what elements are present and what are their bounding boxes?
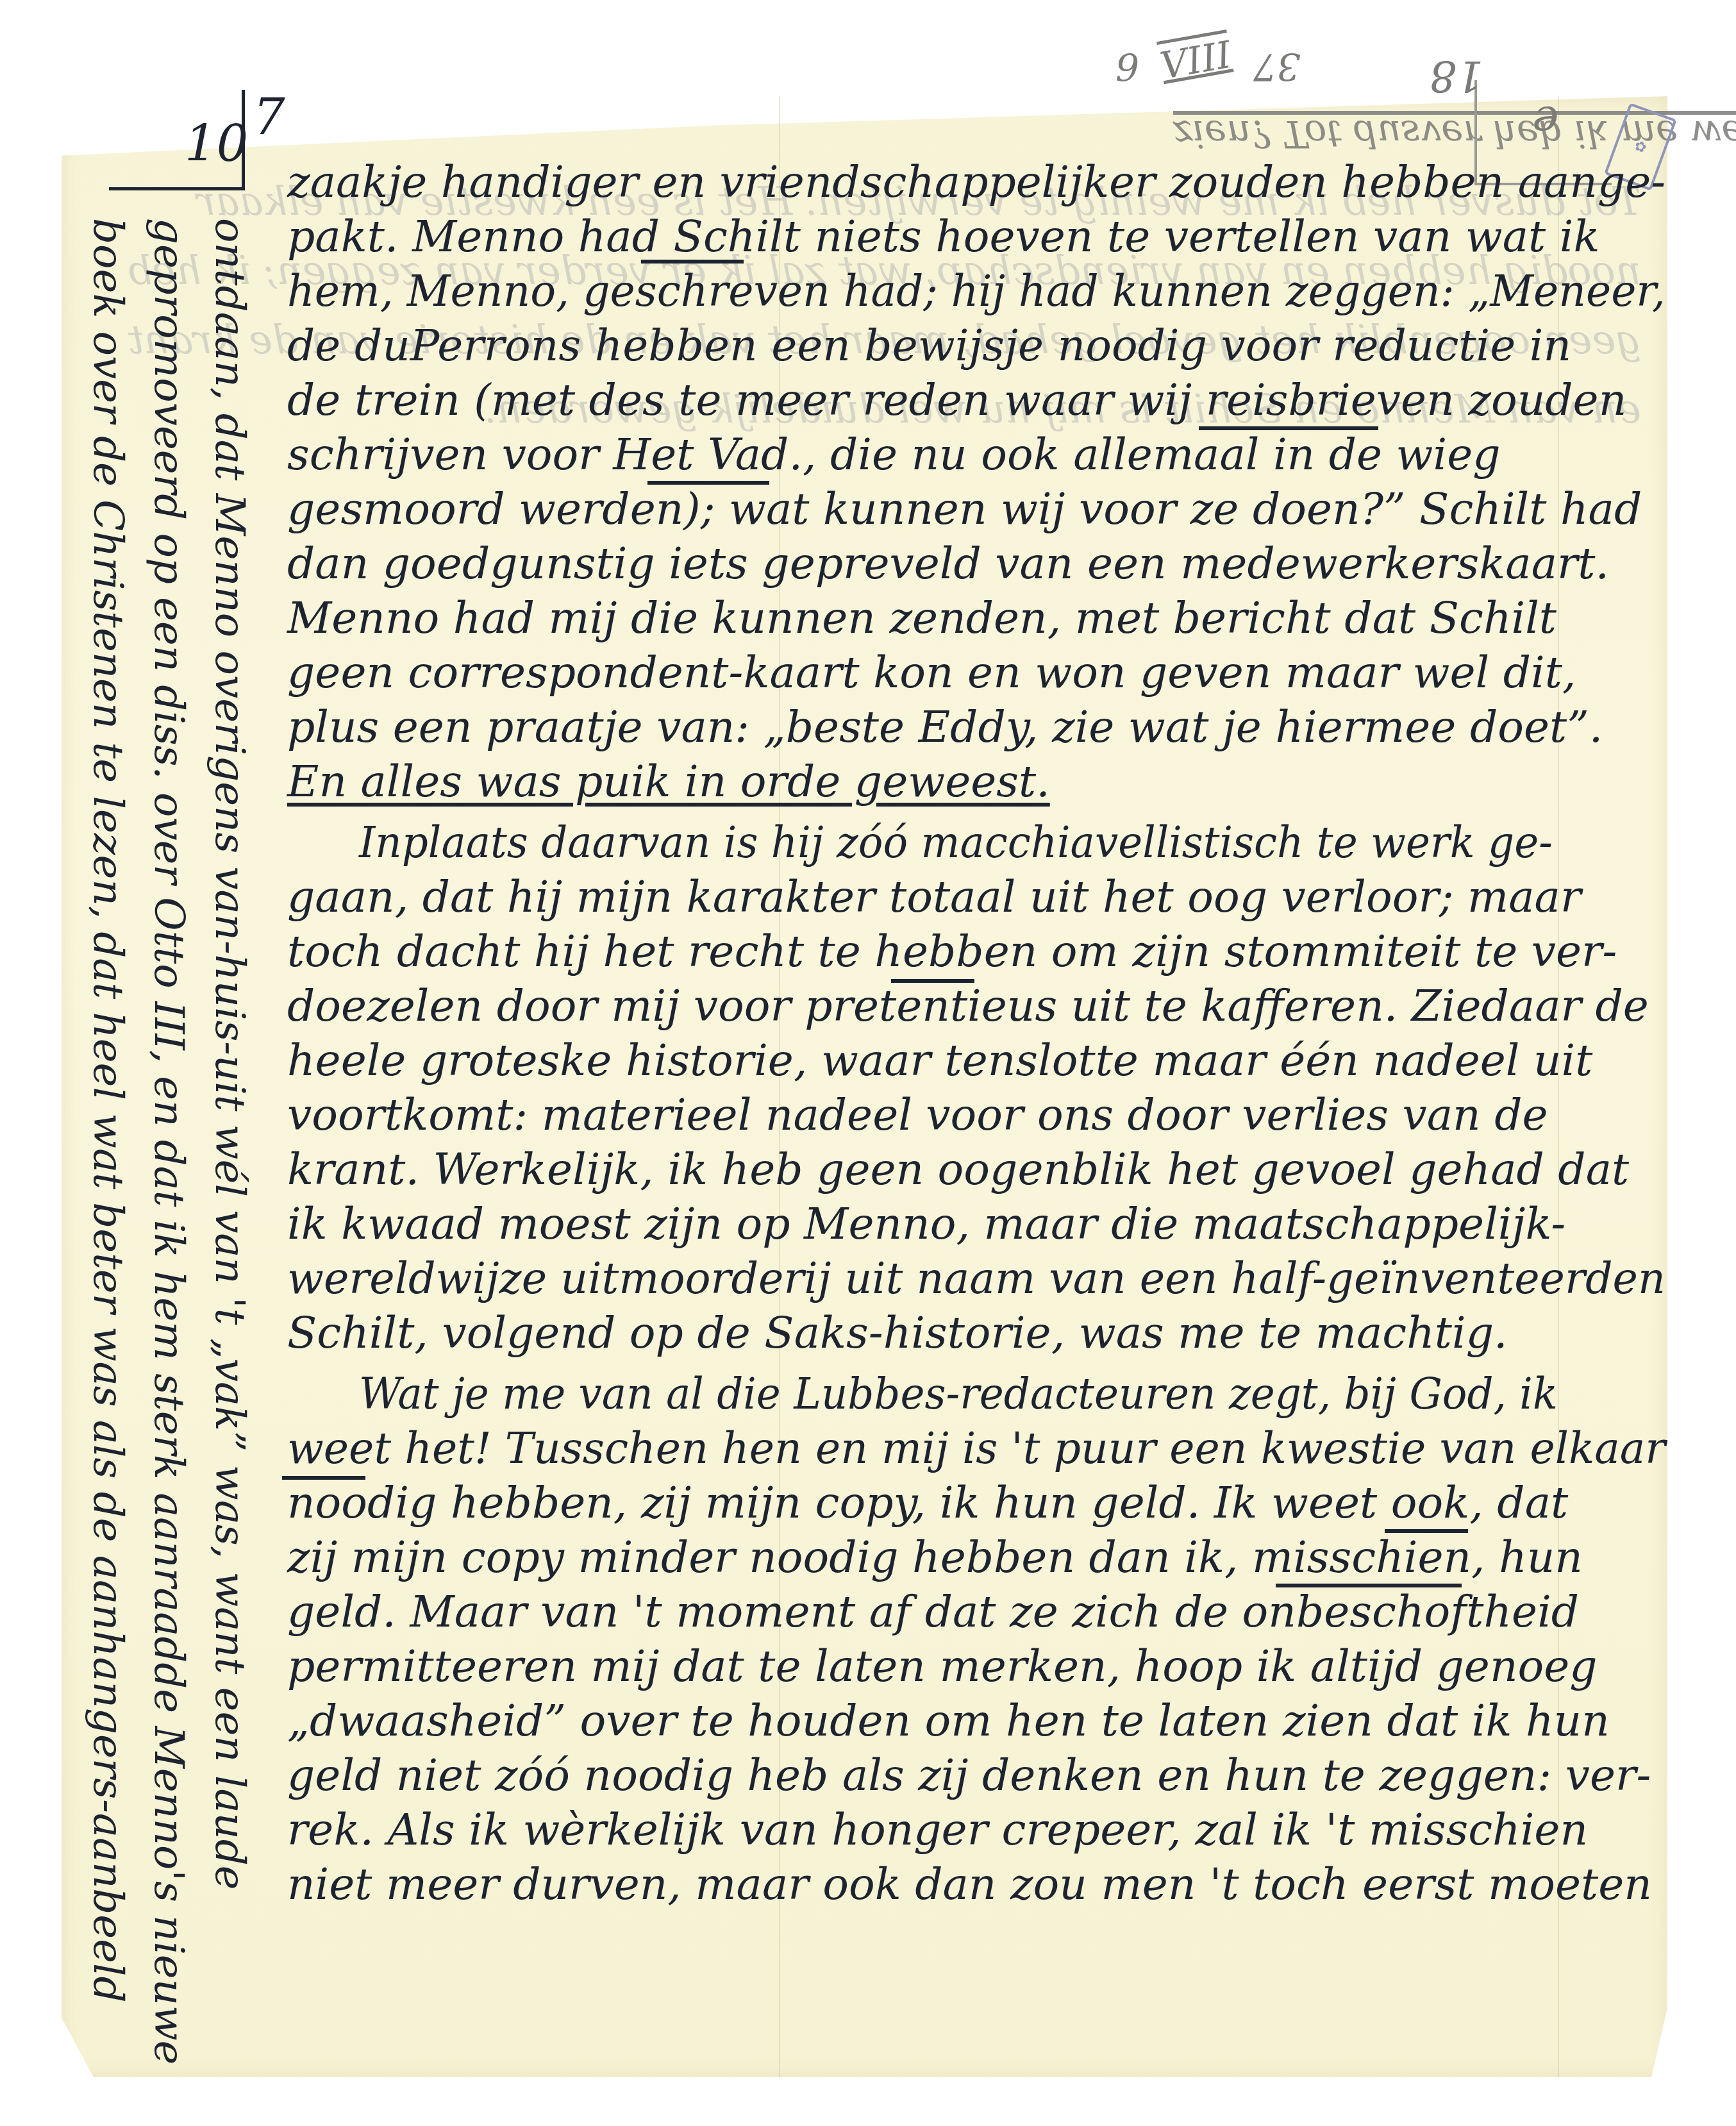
pencil-date-year: 37 [1253,45,1301,88]
body-line-4: de duPerrons hebben een bewijsje noodig … [287,321,1665,371]
body-line-16: doezelen door mij voor pretentieus uit t… [287,981,1665,1032]
body-line-3: hem, Menno, geschreven had; hij had kunn… [287,266,1636,317]
page-number-left: 10 [185,115,248,173]
body-line-28: permitteeren mij dat te laten merken, ho… [287,1641,1665,1692]
body-line-2-text: pakt. Menno had Schilt niets hoeven te v… [287,212,1599,262]
body-line-5: de trein (met des te meer reden waar wij… [287,375,1665,426]
body-line-20: ik kwaad moest zijn op Menno, maar die m… [287,1199,1665,1250]
body-line-7: gesmoord werden); wat kunnen wij voor ze… [287,484,1665,535]
underline-ook [1385,1529,1468,1533]
margin-line-2: gepromoveerd op een diss. over Otto III,… [145,218,192,2064]
body-line-21: wereldwijze uitmoorderij uit naam van ee… [287,1253,1644,1304]
pencil-box-number: 18 [1430,51,1483,101]
body-line-30: geld niet zóó noodig heb als zij denken … [287,1750,1665,1801]
body-line-24: weet het! Tusschen hen en mij is 't puur… [287,1423,1639,1474]
pencil-date-day: 6 [1115,45,1139,88]
body-line-19: krant. Werkelijk, ik heb geen oogenblik … [287,1144,1665,1195]
body-line-22: Schilt, volgend op de Saks-historie, was… [287,1308,1665,1359]
pencil-date-month: VIII [1157,33,1235,88]
body-line-9: Menno had mij die kunnen zenden, met ber… [287,593,1665,644]
body-line-2: pakt. Menno had Schilt niets hoeven te v… [287,212,1665,262]
underline-het-vad [647,481,769,485]
body-line-17: heele groteske historie, waar tenslotte … [287,1035,1665,1086]
body-line-23: Wat je me van al die Lubbes-redacteuren … [359,1369,1667,1419]
body-line-11: plus een praatje van: „beste Eddy, zie w… [287,702,1665,753]
body-line-10: geen correspondent-kaart kon en won geve… [287,648,1665,698]
underline-weet [282,1476,365,1480]
body-line-8: dan goedgunstig iets gepreveld van een m… [287,539,1665,589]
page-number-underline [109,187,245,190]
body-line-27: geld. Maar van 't moment af dat ze zich … [287,1587,1665,1637]
body-line-14: gaan, dat hij mijn karakter totaal uit h… [287,872,1665,923]
body-line-1: zaakje handiger en vriendschappelijker z… [287,157,1665,208]
body-line-18: voortkomt: materieel nadeel voor ons doo… [287,1090,1665,1141]
body-line-25: noodig hebben, zij mijn copy, ik hun gel… [287,1478,1665,1528]
body-line-13: Inplaats daarvan is hij zóó macchiavelli… [359,817,1667,868]
body-line-15: toch dacht hij het recht te hebben om zi… [287,926,1665,977]
underline-niets [641,260,744,264]
underline-zijn [891,979,974,983]
page-number-divider [242,90,245,189]
body-line-31: rek. Als ik wèrkelijk van honger crepeer… [287,1805,1665,1855]
pencil-box-letter: e [1532,96,1558,149]
underline-misschien [1276,1584,1462,1587]
underline-reisbrieven [1199,426,1378,430]
margin-line-1: ontdaan, dat Menno overigens van-huis-ui… [206,218,253,1890]
underlined-sentence: En alles was puik in orde geweest. [287,757,1050,807]
body-line-12: En alles was puik in orde geweest. [287,757,1665,807]
margin-line-3: boek over de Christenen te lezen, dat he… [84,218,131,2003]
page-number-right: 7 [253,88,285,146]
body-line-32: niet meer durven, maar ook dan zou men '… [287,1859,1665,1910]
body-line-29: „dwaasheid” over te houden om hen te lat… [287,1696,1665,1746]
body-line-26: zij mijn copy minder noodig hebben dan i… [287,1532,1665,1583]
body-line-6: schrijven voor Het Vad., die nu ook alle… [287,430,1665,480]
